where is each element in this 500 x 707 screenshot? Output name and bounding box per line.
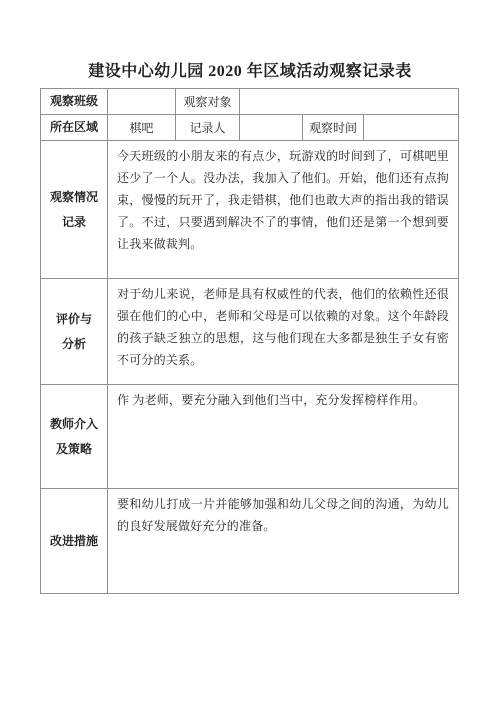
observation-record-table: 观察班级 观察对象 所在区域 棋吧 记录人 观察时间 观察情况 记录 今天班级的… [40,88,459,594]
table-row: 评价与 分析 对于幼儿来说，老师是具有权威性的代表，他们的依赖性还很强在他们的心… [41,279,459,385]
table-row: 改进措施 要和幼儿打成一片并能够加强和幼儿父母之间的沟通，为幼儿的良好发展做好充… [41,489,459,594]
observation-record-content: 今天班级的小朋友来的有点少，玩游戏的时间到了，可棋吧里还少了一个人。没办法，我加… [108,141,459,279]
improvement-measures-label: 改进措施 [41,489,108,594]
table-row: 观察班级 观察对象 [41,89,459,115]
recorder-value [240,115,303,141]
observe-class-label: 观察班级 [41,89,108,115]
teacher-intervention-content: 作 为老师，要充分融入到他们当中，充分发挥榜样作用。 [108,385,459,489]
table-row: 所在区域 棋吧 记录人 观察时间 [41,115,459,141]
table-row: 观察情况 记录 今天班级的小朋友来的有点少，玩游戏的时间到了，可棋吧里还少了一个… [41,141,459,279]
improvement-measures-content: 要和幼儿打成一片并能够加强和幼儿父母之间的沟通，为幼儿的良好发展做好充分的准备。 [108,489,459,594]
teacher-intervention-label: 教师介入 及策略 [41,385,108,489]
table-row: 教师介入 及策略 作 为老师，要充分融入到他们当中，充分发挥榜样作用。 [41,385,459,489]
observe-target-label: 观察对象 [176,89,240,115]
evaluation-analysis-content: 对于幼儿来说，老师是具有权威性的代表，他们的依赖性还很强在他们的心中，老师和父母… [108,279,459,385]
document-page: 建设中心幼儿园 2020 年区域活动观察记录表 观察班级 观察对象 所在区域 棋… [0,0,500,707]
observe-time-value [364,115,459,141]
observe-target-value [240,89,459,115]
evaluation-analysis-label: 评价与 分析 [41,279,108,385]
area-label: 所在区域 [41,115,108,141]
recorder-label: 记录人 [176,115,240,141]
observe-time-label: 观察时间 [303,115,364,141]
observe-class-value [108,89,176,115]
observation-record-label: 观察情况 记录 [41,141,108,279]
document-title: 建设中心幼儿园 2020 年区域活动观察记录表 [0,61,500,83]
area-value: 棋吧 [108,115,176,141]
